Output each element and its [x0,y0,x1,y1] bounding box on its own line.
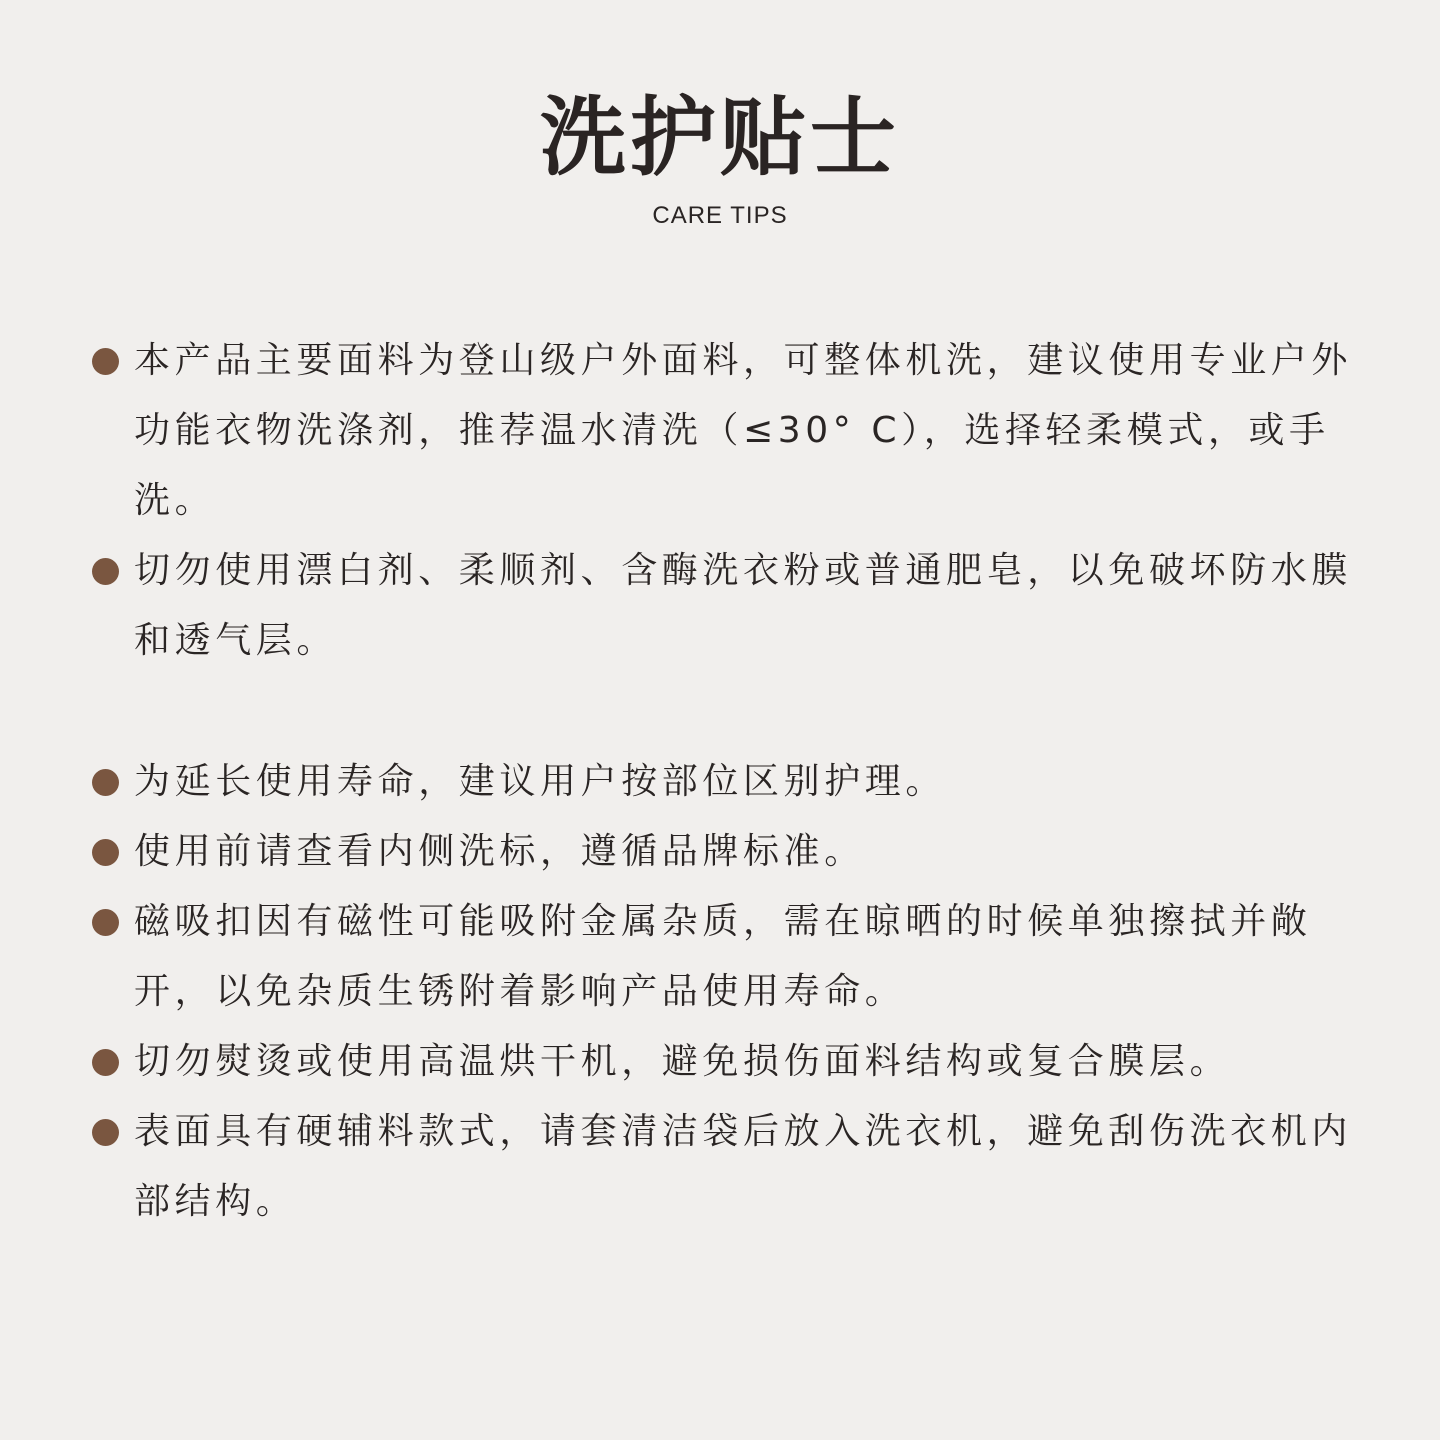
list-item-text: 切勿熨烫或使用高温烘干机，避免损伤面料结构或复合膜层。 [134,1041,1230,1082]
bullet-dot-icon [92,558,119,585]
list-item: 磁吸扣因有磁性可能吸附金属杂质，需在晾晒的时候单独擦拭并敞开，以免杂质生锈附着影… [90,887,1360,1027]
list-item-text: 使用前请查看内侧洗标，遵循品牌标准。 [134,831,865,872]
list-item: 为延长使用寿命，建议用户按部位区别护理。 [90,747,1360,817]
care-tips-list-general: 为延长使用寿命，建议用户按部位区别护理。 使用前请查看内侧洗标，遵循品牌标准。 … [90,747,1360,1237]
list-item: 使用前请查看内侧洗标，遵循品牌标准。 [90,817,1360,887]
bullet-dot-icon [92,348,119,375]
list-item-text: 表面具有硬辅料款式，请套清洁袋后放入洗衣机，避免刮伤洗衣机内部结构。 [134,1111,1352,1222]
list-item: 本产品主要面料为登山级户外面料，可整体机洗，建议使用专业户外功能衣物洗涤剂，推荐… [90,326,1360,536]
bullet-dot-icon [92,769,119,796]
list-item: 切勿使用漂白剂、柔顺剂、含酶洗衣粉或普通肥皂，以免破坏防水膜和透气层。 [90,536,1360,676]
care-tips-list-washing: 本产品主要面料为登山级户外面料，可整体机洗，建议使用专业户外功能衣物洗涤剂，推荐… [90,326,1360,676]
page-subtitle: CARE TIPS [0,202,1440,230]
list-item: 切勿熨烫或使用高温烘干机，避免损伤面料结构或复合膜层。 [90,1027,1360,1097]
list-item-text: 切勿使用漂白剂、柔顺剂、含酶洗衣粉或普通肥皂，以免破坏防水膜和透气层。 [134,550,1352,661]
list-item-text: 为延长使用寿命，建议用户按部位区别护理。 [134,761,946,802]
list-item: 表面具有硬辅料款式，请套清洁袋后放入洗衣机，避免刮伤洗衣机内部结构。 [90,1097,1360,1237]
page-header: 洗护贴士 CARE TIPS [0,88,1440,230]
page-title: 洗护贴士 [0,88,1440,188]
bullet-dot-icon [92,909,119,936]
list-item-text: 磁吸扣因有磁性可能吸附金属杂质，需在晾晒的时候单独擦拭并敞开，以免杂质生锈附着影… [134,901,1311,1012]
bullet-dot-icon [92,1049,119,1076]
bullet-dot-icon [92,839,119,866]
bullet-dot-icon [92,1119,119,1146]
list-item-text: 本产品主要面料为登山级户外面料，可整体机洗，建议使用专业户外功能衣物洗涤剂，推荐… [134,340,1352,521]
